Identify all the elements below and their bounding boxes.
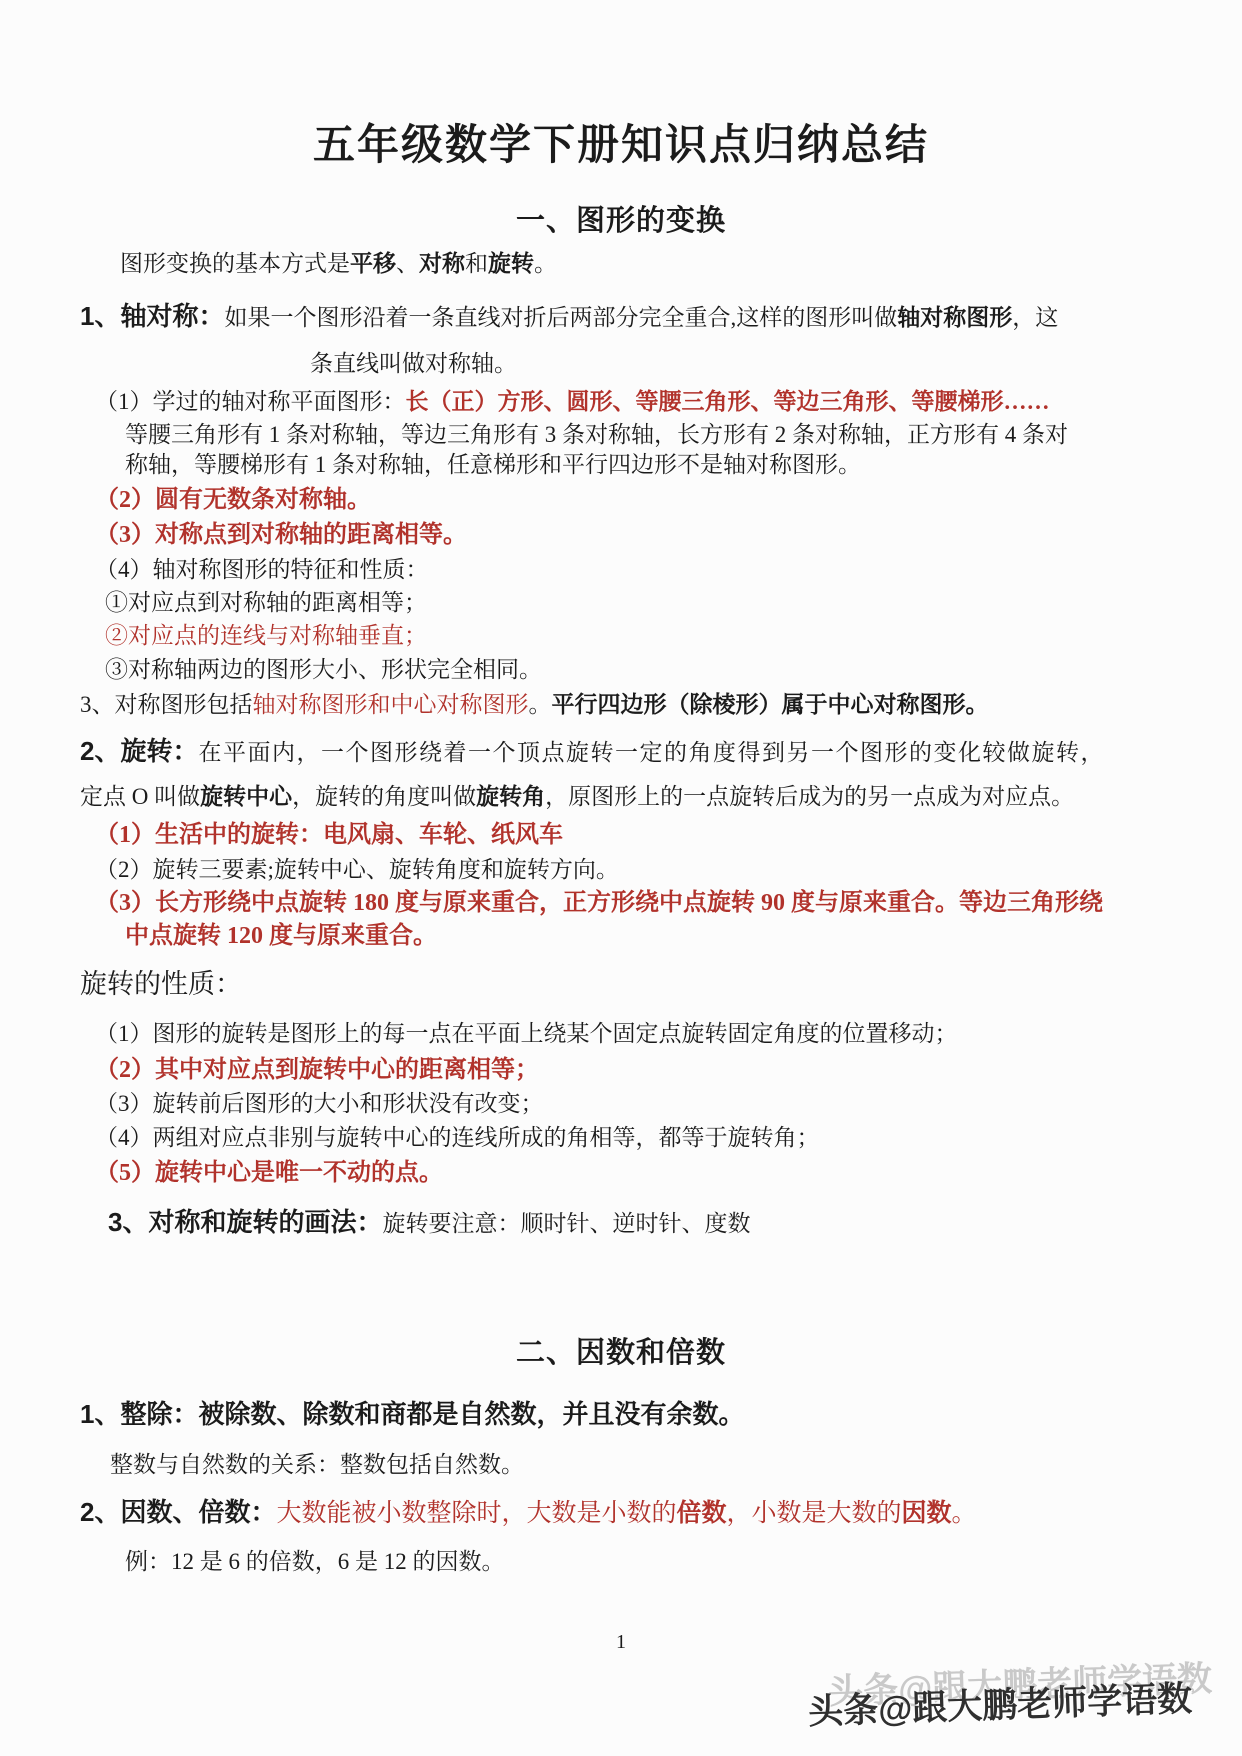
text-run: 2、旋转：	[80, 736, 198, 766]
text-line: （1）生活中的旋转：电风扇、车轮、纸风车	[95, 820, 563, 850]
text-run: 平移	[350, 251, 396, 276]
watermark-text: 头条@跟大鹏老师学语数	[807, 1671, 1193, 1734]
watermark: 头条@跟大鹏老师学语数 头条@跟大鹏老师学语数	[756, 1662, 1236, 1752]
text-line: 2、旋转：在平面内，一个图形绕着一个顶点旋转一定的角度得到另一个图形的变化较做旋…	[80, 735, 1105, 768]
page-number: 1	[0, 1630, 1242, 1655]
text-line: 定点 O 叫做旋转中心，旋转的角度叫做旋转角，原图形上的一点旋转后成为的另一点成…	[80, 783, 1074, 812]
text-line: （1）学过的轴对称平面图形：长（正）方形、圆形、等腰三角形、等边三角形、等腰梯形…	[95, 388, 1050, 417]
text-line: 例：12 是 6 的倍数，6 是 12 的因数。	[125, 1548, 505, 1577]
text-line: 3、对称和旋转的画法：旋转要注意：顺时针、逆时针、度数	[108, 1206, 750, 1239]
text-run: 轴对称图形和中心对称图形	[253, 692, 529, 717]
text-run: 图形变换的基本方式是	[120, 251, 350, 276]
section-2-heading: 二、因数和倍数	[0, 1335, 1242, 1371]
text-run: 倍数	[676, 1500, 726, 1527]
text-run: 3、对称图形包括	[80, 692, 253, 717]
text-run: 。	[952, 1500, 977, 1527]
text-run: ，小数是大数的	[727, 1500, 902, 1527]
text-run: 定点 O 叫做	[80, 784, 200, 809]
text-line: 整数与自然数的关系：整数包括自然数。	[110, 1451, 524, 1480]
text-run: ，这	[1012, 305, 1058, 330]
text-line: （3）对称点到对称轴的距离相等。	[95, 520, 467, 550]
text-run: 旋转中心	[200, 784, 292, 809]
text-line: （2）旋转三要素;旋转中心、旋转角度和旋转方向。	[95, 856, 619, 885]
text-line: 1、整除：被除数、除数和商都是自然数，并且没有余数。	[80, 1398, 744, 1431]
text-run: 大数能被小数整除时，大数是小数的	[276, 1500, 676, 1527]
text-run: 在平面内，一个图形绕着一个顶点旋转一定的角度得到另一个图形的变化较做旋转，	[198, 740, 1105, 765]
text-run: 轴对称图形	[897, 305, 1012, 330]
text-line: （3）长方形绕中点旋转 180 度与原来重合，正方形绕中点旋转 90 度与原来重…	[95, 888, 1103, 918]
text-run: （1）学过的轴对称平面图形：	[95, 389, 406, 414]
text-run: 。	[529, 692, 552, 717]
text-run: 旋转要注意：顺时针、逆时针、度数	[382, 1211, 750, 1236]
document-page: 五年级数学下册知识点归纳总结 一、图形的变换 图形变换的基本方式是平移、对称和旋…	[0, 0, 1242, 1756]
text-line: 1、轴对称：如果一个图形沿着一条直线对折后两部分完全重合,这样的图形叫做轴对称图…	[80, 300, 1058, 333]
watermark-ghost: 头条@跟大鹏老师学语数	[827, 1651, 1213, 1714]
text-run: 因数	[902, 1500, 952, 1527]
text-line: 中点旋转 120 度与原来重合。	[125, 921, 437, 951]
text-run: ，旋转的角度叫做	[292, 784, 476, 809]
text-line: 2、因数、倍数：大数能被小数整除时，大数是小数的倍数，小数是大数的因数。	[80, 1496, 977, 1529]
text-run: 对称	[419, 251, 465, 276]
text-run: 长（正）方形、圆形、等腰三角形、等边三角形、等腰梯形……	[406, 389, 1050, 414]
text-run: 2、因数、倍数：	[80, 1497, 276, 1527]
text-line: （3）旋转前后图形的大小和形状没有改变；	[95, 1090, 544, 1119]
doc-title: 五年级数学下册知识点归纳总结	[0, 120, 1242, 173]
text-run: 旋转	[488, 251, 534, 276]
text-line: 图形变换的基本方式是平移、对称和旋转。	[120, 250, 557, 279]
text-run: 。	[534, 251, 557, 276]
text-line: （2）其中对应点到旋转中心的距离相等；	[95, 1055, 539, 1085]
text-line: （4）两组对应点非别与旋转中心的连线所成的角相等，都等于旋转角；	[95, 1124, 820, 1153]
text-run: ②对应点的连线与对称轴垂直；	[105, 623, 427, 648]
text-run: 和	[465, 251, 488, 276]
text-line: （4）轴对称图形的特征和性质：	[95, 556, 429, 585]
text-run: 、	[396, 251, 419, 276]
text-line: ②对应点的连线与对称轴垂直；	[105, 622, 427, 651]
section-1-heading: 一、图形的变换	[0, 203, 1242, 239]
text-run: 1、整除：被除数、除数和商都是自然数，并且没有余数。	[80, 1399, 744, 1429]
text-line: 称轴，等腰梯形有 1 条对称轴，任意梯形和平行四边形不是轴对称图形。	[125, 451, 861, 480]
text-run: 如果一个图形沿着一条直线对折后两部分完全重合,这样的图形叫做	[224, 305, 897, 330]
text-line: （5）旋转中心是唯一不动的点。	[95, 1158, 443, 1188]
text-line: 条直线叫做对称轴。	[310, 350, 517, 379]
text-run: 3、对称和旋转的画法：	[108, 1207, 382, 1237]
text-line: ①对应点到对称轴的距离相等；	[105, 589, 427, 618]
text-line: 旋转的性质：	[80, 968, 242, 1002]
text-run: 1、轴对称：	[80, 301, 224, 331]
text-line: （2）圆有无数条对称轴。	[95, 485, 371, 515]
text-run: 平行四边形（除棱形）属于中心对称图形。	[552, 691, 989, 717]
text-line: ③对称轴两边的图形大小、形状完全相同。	[105, 656, 542, 685]
text-run: 旋转角	[476, 784, 545, 809]
text-line: 等腰三角形有 1 条对称轴，等边三角形有 3 条对称轴，长方形有 2 条对称轴，…	[125, 421, 1068, 450]
text-line: （1）图形的旋转是图形上的每一点在平面上绕某个固定点旋转固定角度的位置移动；	[95, 1020, 958, 1049]
text-run: ，原图形上的一点旋转后成为的另一点成为对应点。	[545, 784, 1074, 809]
text-line: 3、对称图形包括轴对称图形和中心对称图形。平行四边形（除棱形）属于中心对称图形。	[80, 690, 989, 720]
